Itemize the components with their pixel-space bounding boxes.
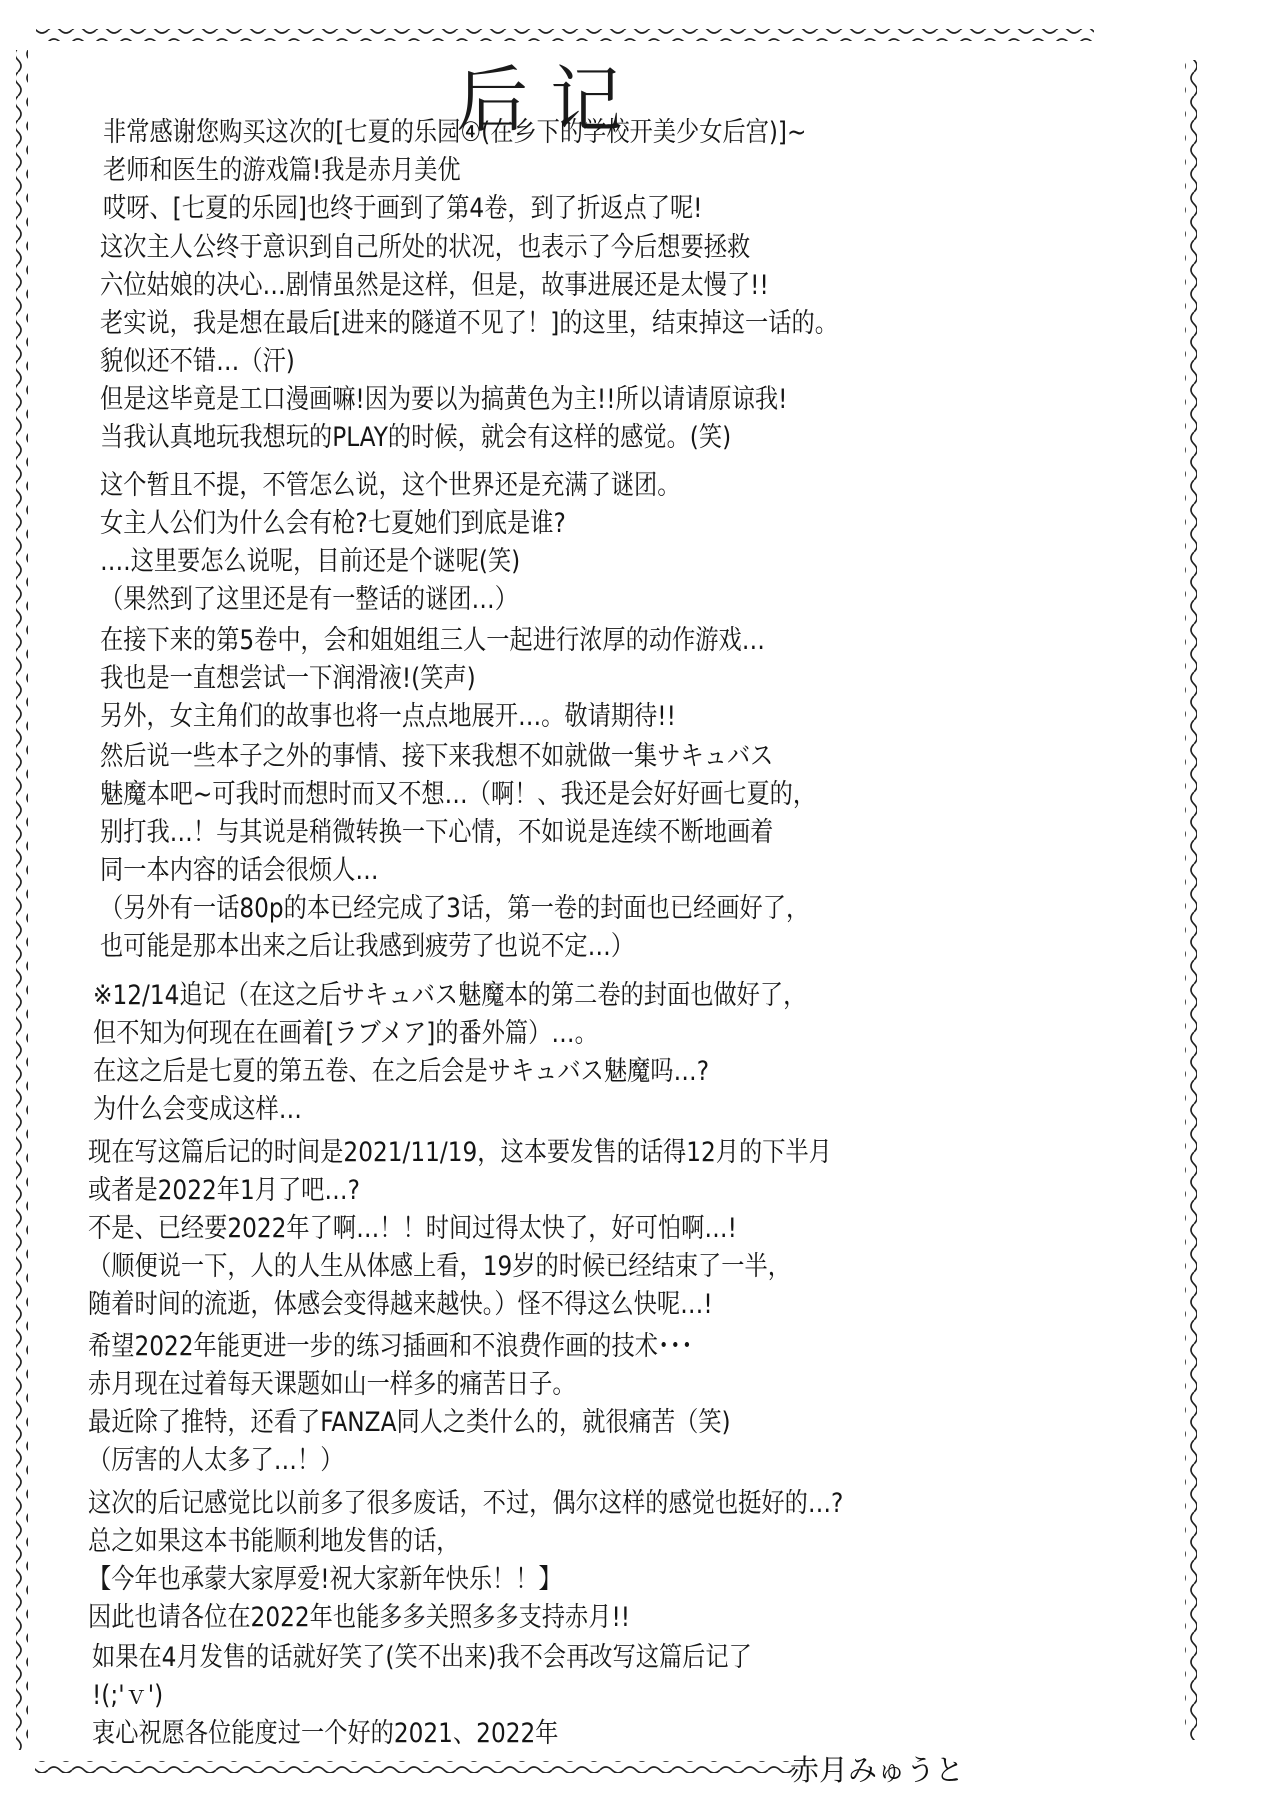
text-line: 最近除了推特，还看了FANZA同人之类什么的，就很痛苦（笑) xyxy=(88,1407,731,1439)
text-line: 女主人公们为什么会有枪?七夏她们到底是谁? xyxy=(100,508,566,540)
text-line: 或者是2022年1月了吧…? xyxy=(88,1175,360,1207)
text-line: 另外，女主角们的故事也将一点点地展开…。敬请期待!! xyxy=(100,701,676,733)
text-line: 同一本内容的话会很烦人… xyxy=(100,855,379,887)
text-line: 【今年也承蒙大家厚爱!祝大家新年快乐！！】 xyxy=(88,1564,562,1596)
text-line: 这个暂且不提，不管怎么说，这个世界还是充满了谜团。 xyxy=(100,470,681,502)
text-line: 总之如果这本书能顺利地发售的话， xyxy=(88,1526,460,1558)
text-line: 当我认真地玩我想玩的PLAY的时候，就会有这样的感觉。(笑) xyxy=(100,422,731,454)
text-line: 在这之后是七夏的第五卷、在之后会是サキュバス魅魔吗…? xyxy=(93,1056,709,1088)
text-line: 衷心祝愿各位能度过一个好的2021、2022年 xyxy=(92,1718,558,1750)
text-line: 随着时间的流逝，体感会变得越来越快。）怪不得这么快呢…! xyxy=(88,1289,713,1321)
left-border xyxy=(16,50,28,1750)
text-line: 希望2022年能更进一步的练习插画和不浪费作画的技术･･･ xyxy=(88,1331,693,1363)
text-line: 非常感谢您购买这次的[七夏的乐园④(在乡下的学校开美少女后宫)]~ xyxy=(103,117,806,149)
text-line: 我也是一直想尝试一下润滑液!(笑声) xyxy=(100,663,476,695)
text-line: 因此也请各位在2022年也能多多关照多多支持赤月!! xyxy=(88,1602,630,1634)
text-line: ※12/14追记（在这之后サキュバス魅魔本的第二卷的封面也做好了， xyxy=(93,980,806,1012)
text-line: 现在写这篇后记的时间是2021/11/19，这本要发售的话得12月的下半月 xyxy=(88,1137,832,1169)
right-border xyxy=(1185,60,1197,1740)
text-line: 六位姑娘的决心…剧情虽然是这样，但是，故事进展还是太慢了!! xyxy=(100,270,769,302)
text-line: 老师和医生的游戏篇!我是赤月美优 xyxy=(103,155,461,187)
text-line: 然后说一些本子之外的事情、接下来我想不如就做一集サキュバス xyxy=(100,741,773,773)
text-line: 为什么会变成这样… xyxy=(93,1094,302,1126)
text-line: 不是、已经要2022年了啊…！！时间过得太快了，好可怕啊…! xyxy=(88,1213,737,1245)
text-line: ….这里要怎么说呢，目前还是个谜呢(笑) xyxy=(100,546,520,578)
text-line: 这次主人公终于意识到自己所处的状况，也表示了今后想要拯救 xyxy=(100,232,750,264)
text-line: 但是这毕竟是工口漫画嘛!因为要以为搞黄色为主!!所以请请原谅我! xyxy=(100,384,787,416)
text-line: 貌似还不错…（汗) xyxy=(100,346,295,378)
text-line: 老实说，我是想在最后[进来的隧道不见了！]的这里，结束掉这一话的。 xyxy=(100,308,838,340)
text-line: 赤月现在过着每天课题如山一样多的痛苦日子。 xyxy=(88,1369,576,1401)
text-line: 这次的后记感觉比以前多了很多废话，不过，偶尔这样的感觉也挺好的…? xyxy=(88,1488,843,1520)
text-line: （果然到了这里还是有一整话的谜团…） xyxy=(100,584,518,616)
bottom-border xyxy=(35,1761,795,1773)
text-line: 在接下来的第5卷中，会和姐姐组三人一起进行浓厚的动作游戏… xyxy=(100,625,765,657)
text-line: 别打我…！与其说是稍微转换一下心情，不如说是连续不断地画着 xyxy=(100,817,773,849)
text-line: 哎呀、[七夏的乐园]也终于画到了第4卷，到了折返点了呢! xyxy=(103,193,702,225)
author-signature: 赤月みゅうと xyxy=(790,1748,964,1789)
text-line: 魅魔本吧~可我时而想时而又不想…（啊！、我还是会好好画七夏的， xyxy=(100,779,816,811)
text-line: 但不知为何现在在画着[ラブメア]的番外篇）…。 xyxy=(93,1018,598,1050)
text-line: !(;'ｖ') xyxy=(92,1680,163,1712)
text-line: （另外有一话80p的本已经完成了3话，第一卷的封面也已经画好了， xyxy=(100,893,809,925)
text-line: 也可能是那本出来之后让我感到疲劳了也说不定…） xyxy=(100,931,634,963)
text-line: （厉害的人太多了…！） xyxy=(88,1445,343,1477)
top-border xyxy=(36,29,1094,41)
text-line: （顺便说一下，人的人生从体感上看，19岁的时候已经结束了一半， xyxy=(88,1251,791,1283)
text-line: 如果在4月发售的话就好笑了(笑不出来)我不会再改写这篇后记了 xyxy=(92,1642,752,1674)
